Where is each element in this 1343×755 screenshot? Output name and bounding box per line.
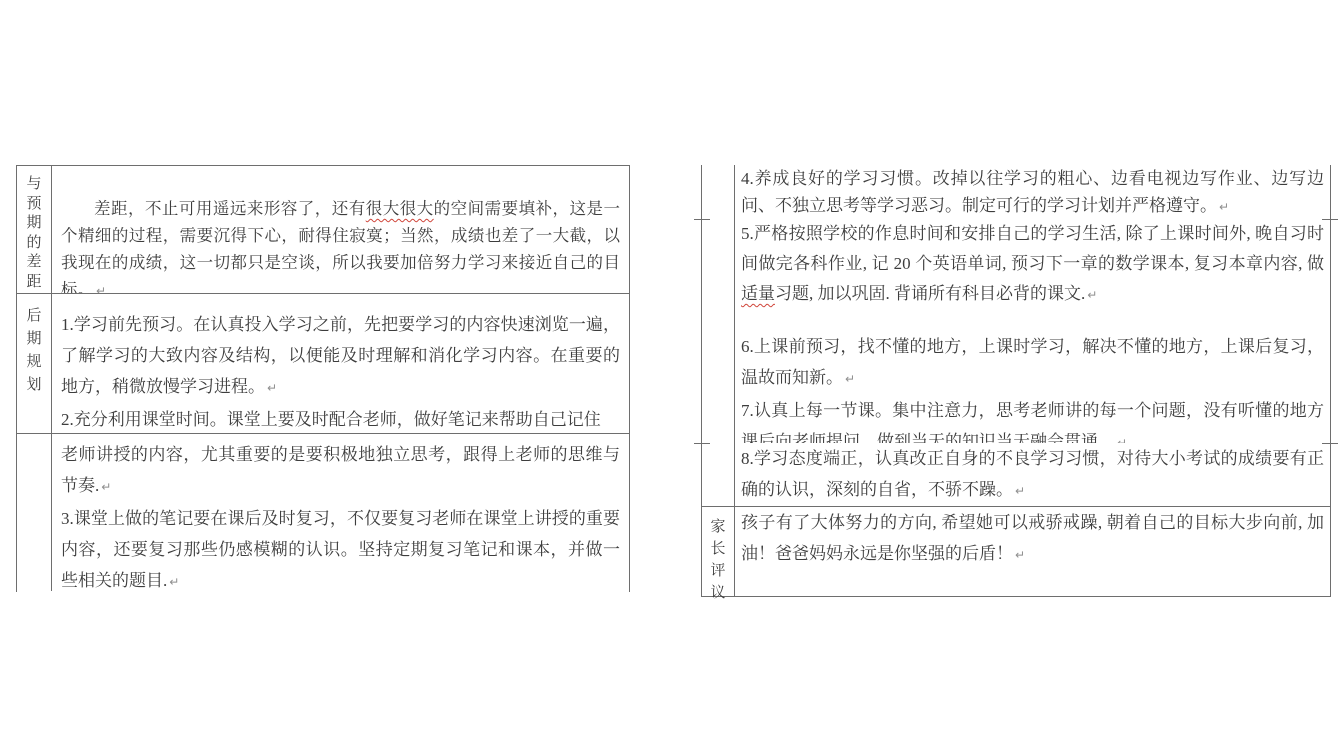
paragraph-text: 6.上课前预习，找不懂的地方，上课时学习，解决不懂的地方，上课后复习，温故而知新… [741,337,1324,387]
later-planning-cell-top: 1.学习前先预习。在认真投入学习之前，先把要学习的内容快速浏览一遍，了解学习的大… [52,294,629,433]
paragraph-text: 1.学习前先预习。在认真投入学习之前，先把要学习的内容快速浏览一遍，了解学习的大… [61,315,620,396]
paragraph-mark: ↵ [1015,484,1025,498]
later-planning-cell-bottom: 老师讲授的内容，尤其重要的是要积极地独立思考，跟得上老师的思维与节奏.↵ 3.课… [52,434,629,591]
planning-cell-items5-7: 5.严格按照学校的作息时间和安排自己的学习生活, 除了上课时间外, 晚自习时间做… [735,219,1330,443]
left-table: 与预期的差距 差距，不止可用遥远来形容了，还有很大很大的空间需要填补，这是一个精… [16,165,630,592]
row-split-mark [1322,219,1338,220]
paragraph-text: 差距，不止可用遥远来形容了，还有 [94,199,366,218]
row-split-mark [694,219,710,220]
paragraph-text: 4.养成良好的学习习惯。改掉以往学习的粗心、边看电视边写作业、边写边问、不独立思… [741,169,1324,215]
plan-item-7: 7.认真上每一节课。集中注意力，思考老师讲的每一个问题，没有听懂的地方课后向老师… [735,395,1330,443]
paragraph-text: 7.认真上每一节课。集中注意力，思考老师讲的每一个问题，没有听懂的地方课后向老师… [741,401,1324,443]
expectation-gap-paragraph: 差距，不止可用遥远来形容了，还有很大很大的空间需要填补，这是一个精细的过程，需要… [52,166,629,293]
paragraph-text: 孩子有了大体努力的方向, 希望她可以戒骄戒躁, 朝着自己的目标大步向前, 加油！… [741,513,1324,563]
row-header-empty [702,443,735,506]
later-planning-row: 后期规划 1.学习前先预习。在认真投入学习之前，先把要学习的内容快速浏览一遍，了… [17,294,629,434]
plan-item-3: 3.课堂上做的笔记要在课后及时复习，不仅要复习老师在课堂上讲授的重要内容，还要复… [52,503,629,591]
row-header-empty [702,219,735,443]
row-header-empty [17,434,52,591]
row-header-label: 后期规划 [26,294,43,397]
row-header-label: 与预期的差距 [26,166,43,292]
spellcheck-underline: 很大很大 [366,199,434,218]
row-split-mark [1322,443,1338,444]
paragraph-text: 习题, 加以巩固. 背诵所有科目必背的课文. [775,284,1085,303]
row-header-later-planning: 后期规划 [17,294,52,433]
plan-item-5: 5.严格按照学校的作息时间和安排自己的学习生活, 除了上课时间外, 晚自习时间做… [735,219,1330,310]
paragraph-mark: ↵ [1087,288,1097,302]
paragraph-mark: ↵ [845,372,855,386]
planning-row-continued-bottom: 8.学习态度端正，认真改正自身的不良学习习惯，对待大小考试的成绩要有正确的认识，… [702,443,1330,507]
row-header-expectation-gap: 与预期的差距 [17,166,52,293]
row-header-parent-comments: 家长评议 [702,507,735,596]
plan-item-1: 1.学习前先预习。在认真投入学习之前，先把要学习的内容快速浏览一遍，了解学习的大… [52,294,629,404]
row-header-label: 家长评议 [710,507,727,604]
planning-row-continued-top: 4.养成良好的学习习惯。改掉以往学习的粗心、边看电视边写作业、边写边问、不独立思… [702,165,1330,219]
expectation-gap-cell: 差距，不止可用遥远来形容了，还有很大很大的空间需要填补，这是一个精细的过程，需要… [52,166,629,293]
plan-item-2-part2: 老师讲授的内容，尤其重要的是要积极地独立思考，跟得上老师的思维与节奏.↵ [52,434,629,503]
later-planning-row-continued: 老师讲授的内容，尤其重要的是要积极地独立思考，跟得上老师的思维与节奏.↵ 3.课… [17,434,629,591]
plan-item-4: 4.养成良好的学习习惯。改掉以往学习的粗心、边看电视边写作业、边写边问、不独立思… [735,165,1330,219]
plan-item-8: 8.学习态度端正，认真改正自身的不良学习习惯，对待大小考试的成绩要有正确的认识，… [735,443,1330,506]
parent-comments-row: 家长评议 孩子有了大体努力的方向, 希望她可以戒骄戒躁, 朝着自己的目标大步向前… [702,507,1330,596]
paragraph-mark: ↵ [169,575,179,589]
document-page: 与预期的差距 差距，不止可用遥远来形容了，还有很大很大的空间需要填补，这是一个精… [0,0,1343,755]
planning-cell-item8: 8.学习态度端正，认真改正自身的不良学习习惯，对待大小考试的成绩要有正确的认识，… [735,443,1330,506]
right-table: 4.养成良好的学习习惯。改掉以往学习的粗心、边看电视边写作业、边写边问、不独立思… [701,165,1331,597]
paragraph-mark: ↵ [1117,436,1127,443]
row-split-mark [694,443,710,444]
planning-cell-item4: 4.养成良好的学习习惯。改掉以往学习的粗心、边看电视边写作业、边写边问、不独立思… [735,165,1330,219]
paragraph-text: 2.充分利用课堂时间。课堂上要及时配合老师，做好笔记来帮助自己记住 [61,410,601,429]
paragraph-text: 老师讲授的内容，尤其重要的是要积极地独立思考，跟得上老师的思维与节奏. [61,445,620,495]
paragraph-text: 3.课堂上做的笔记要在课后及时复习，不仅要复习老师在课堂上讲授的重要内容，还要复… [61,509,620,590]
paragraph-text: 5.严格按照学校的作息时间和安排自己的学习生活, 除了上课时间外, 晚自习时间做… [741,224,1324,273]
paragraph-mark: ↵ [1219,200,1229,214]
expectation-gap-row: 与预期的差距 差距，不止可用遥远来形容了，还有很大很大的空间需要填补，这是一个精… [17,166,629,294]
plan-item-6: 6.上课前预习，找不懂的地方，上课时学习，解决不懂的地方，上课后复习，温故而知新… [735,331,1330,395]
row-header-empty [702,165,735,219]
parent-comments-cell: 孩子有了大体努力的方向, 希望她可以戒骄戒躁, 朝着自己的目标大步向前, 加油！… [735,507,1330,596]
paragraph-mark: ↵ [96,284,106,293]
plan-item-2-part1: 2.充分利用课堂时间。课堂上要及时配合老师，做好笔记来帮助自己记住 [52,404,629,433]
planning-row-continued-middle: 5.严格按照学校的作息时间和安排自己的学习生活, 除了上课时间外, 晚自习时间做… [702,219,1330,443]
paragraph-text: 8.学习态度端正，认真改正自身的不良学习习惯，对待大小考试的成绩要有正确的认识，… [741,449,1324,499]
paragraph-mark: ↵ [101,480,111,494]
paragraph-mark: ↵ [1015,548,1025,562]
paragraph-mark: ↵ [267,381,277,395]
spellcheck-underline: 适量 [741,284,775,303]
parent-comment-text: 孩子有了大体努力的方向, 希望她可以戒骄戒躁, 朝着自己的目标大步向前, 加油！… [735,507,1330,571]
